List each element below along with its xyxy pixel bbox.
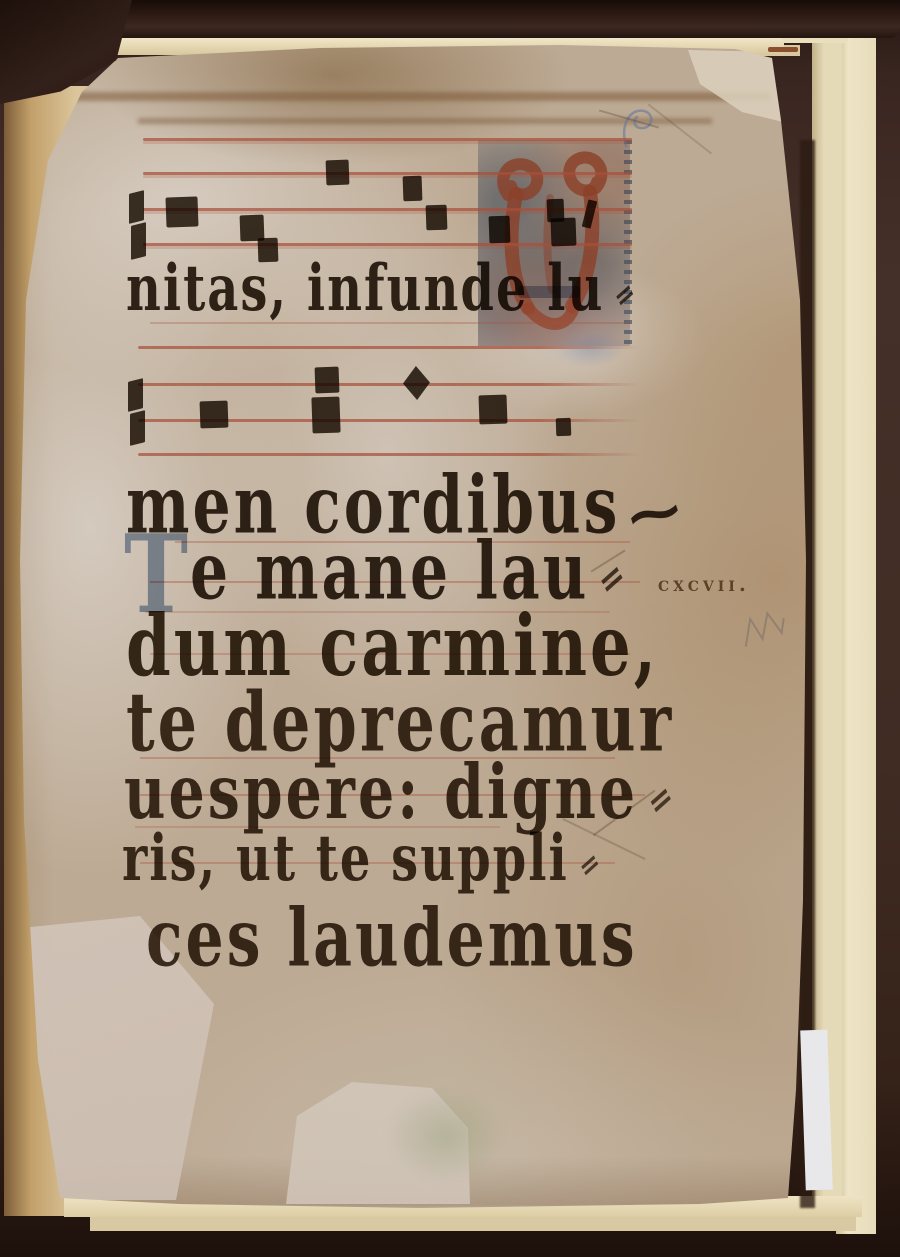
leather-binding-top <box>0 0 900 38</box>
neume-square <box>326 160 350 186</box>
line-hyphen: = <box>641 770 682 827</box>
staff-line <box>138 453 640 456</box>
neume-square <box>426 205 448 231</box>
green-stain <box>386 1088 506 1183</box>
neume-square <box>311 397 340 434</box>
neume-diamond <box>402 366 430 401</box>
staff-line <box>143 172 632 175</box>
neume-slant <box>130 410 145 446</box>
neume-square <box>165 196 198 227</box>
interleaf-sheet-edge <box>800 1030 833 1191</box>
chant-text-line: ces laudemus <box>146 893 638 985</box>
page-stack-sheet <box>836 26 876 1234</box>
staff-line <box>138 383 640 386</box>
top-stain-streak <box>58 92 770 101</box>
neume-square <box>556 418 572 437</box>
neume-square <box>479 395 508 425</box>
chant-text-line: ris, ut te suppli= <box>122 822 601 896</box>
folio-number: cxcvii. <box>658 572 750 596</box>
line-hyphen: = <box>608 270 643 318</box>
page-edge-stain <box>768 47 798 52</box>
manuscript-photo: nitas, infunde lu= men cordibus~ T e man… <box>0 0 900 1257</box>
line-hyphen: = <box>572 840 607 888</box>
staff-line <box>138 346 640 349</box>
manuscript-page: nitas, infunde lu= men cordibus~ T e man… <box>0 0 900 1257</box>
neume-square <box>551 218 577 247</box>
staff-line <box>143 138 632 141</box>
chant-text: ris, ut te suppli <box>122 822 569 896</box>
neume-slant <box>128 378 143 412</box>
bottom-page-edges <box>90 1217 856 1231</box>
neume-square <box>315 367 340 394</box>
chant-text-line: nitas, infunde lu= <box>126 252 636 326</box>
pencil-scribble <box>736 603 796 659</box>
chant-text: ces laudemus <box>146 893 638 985</box>
neume-square <box>403 176 423 202</box>
neume-square <box>200 401 229 429</box>
neume-slant <box>129 190 144 224</box>
neume-square <box>489 216 511 244</box>
chant-text: nitas, infunde lu <box>126 252 604 326</box>
